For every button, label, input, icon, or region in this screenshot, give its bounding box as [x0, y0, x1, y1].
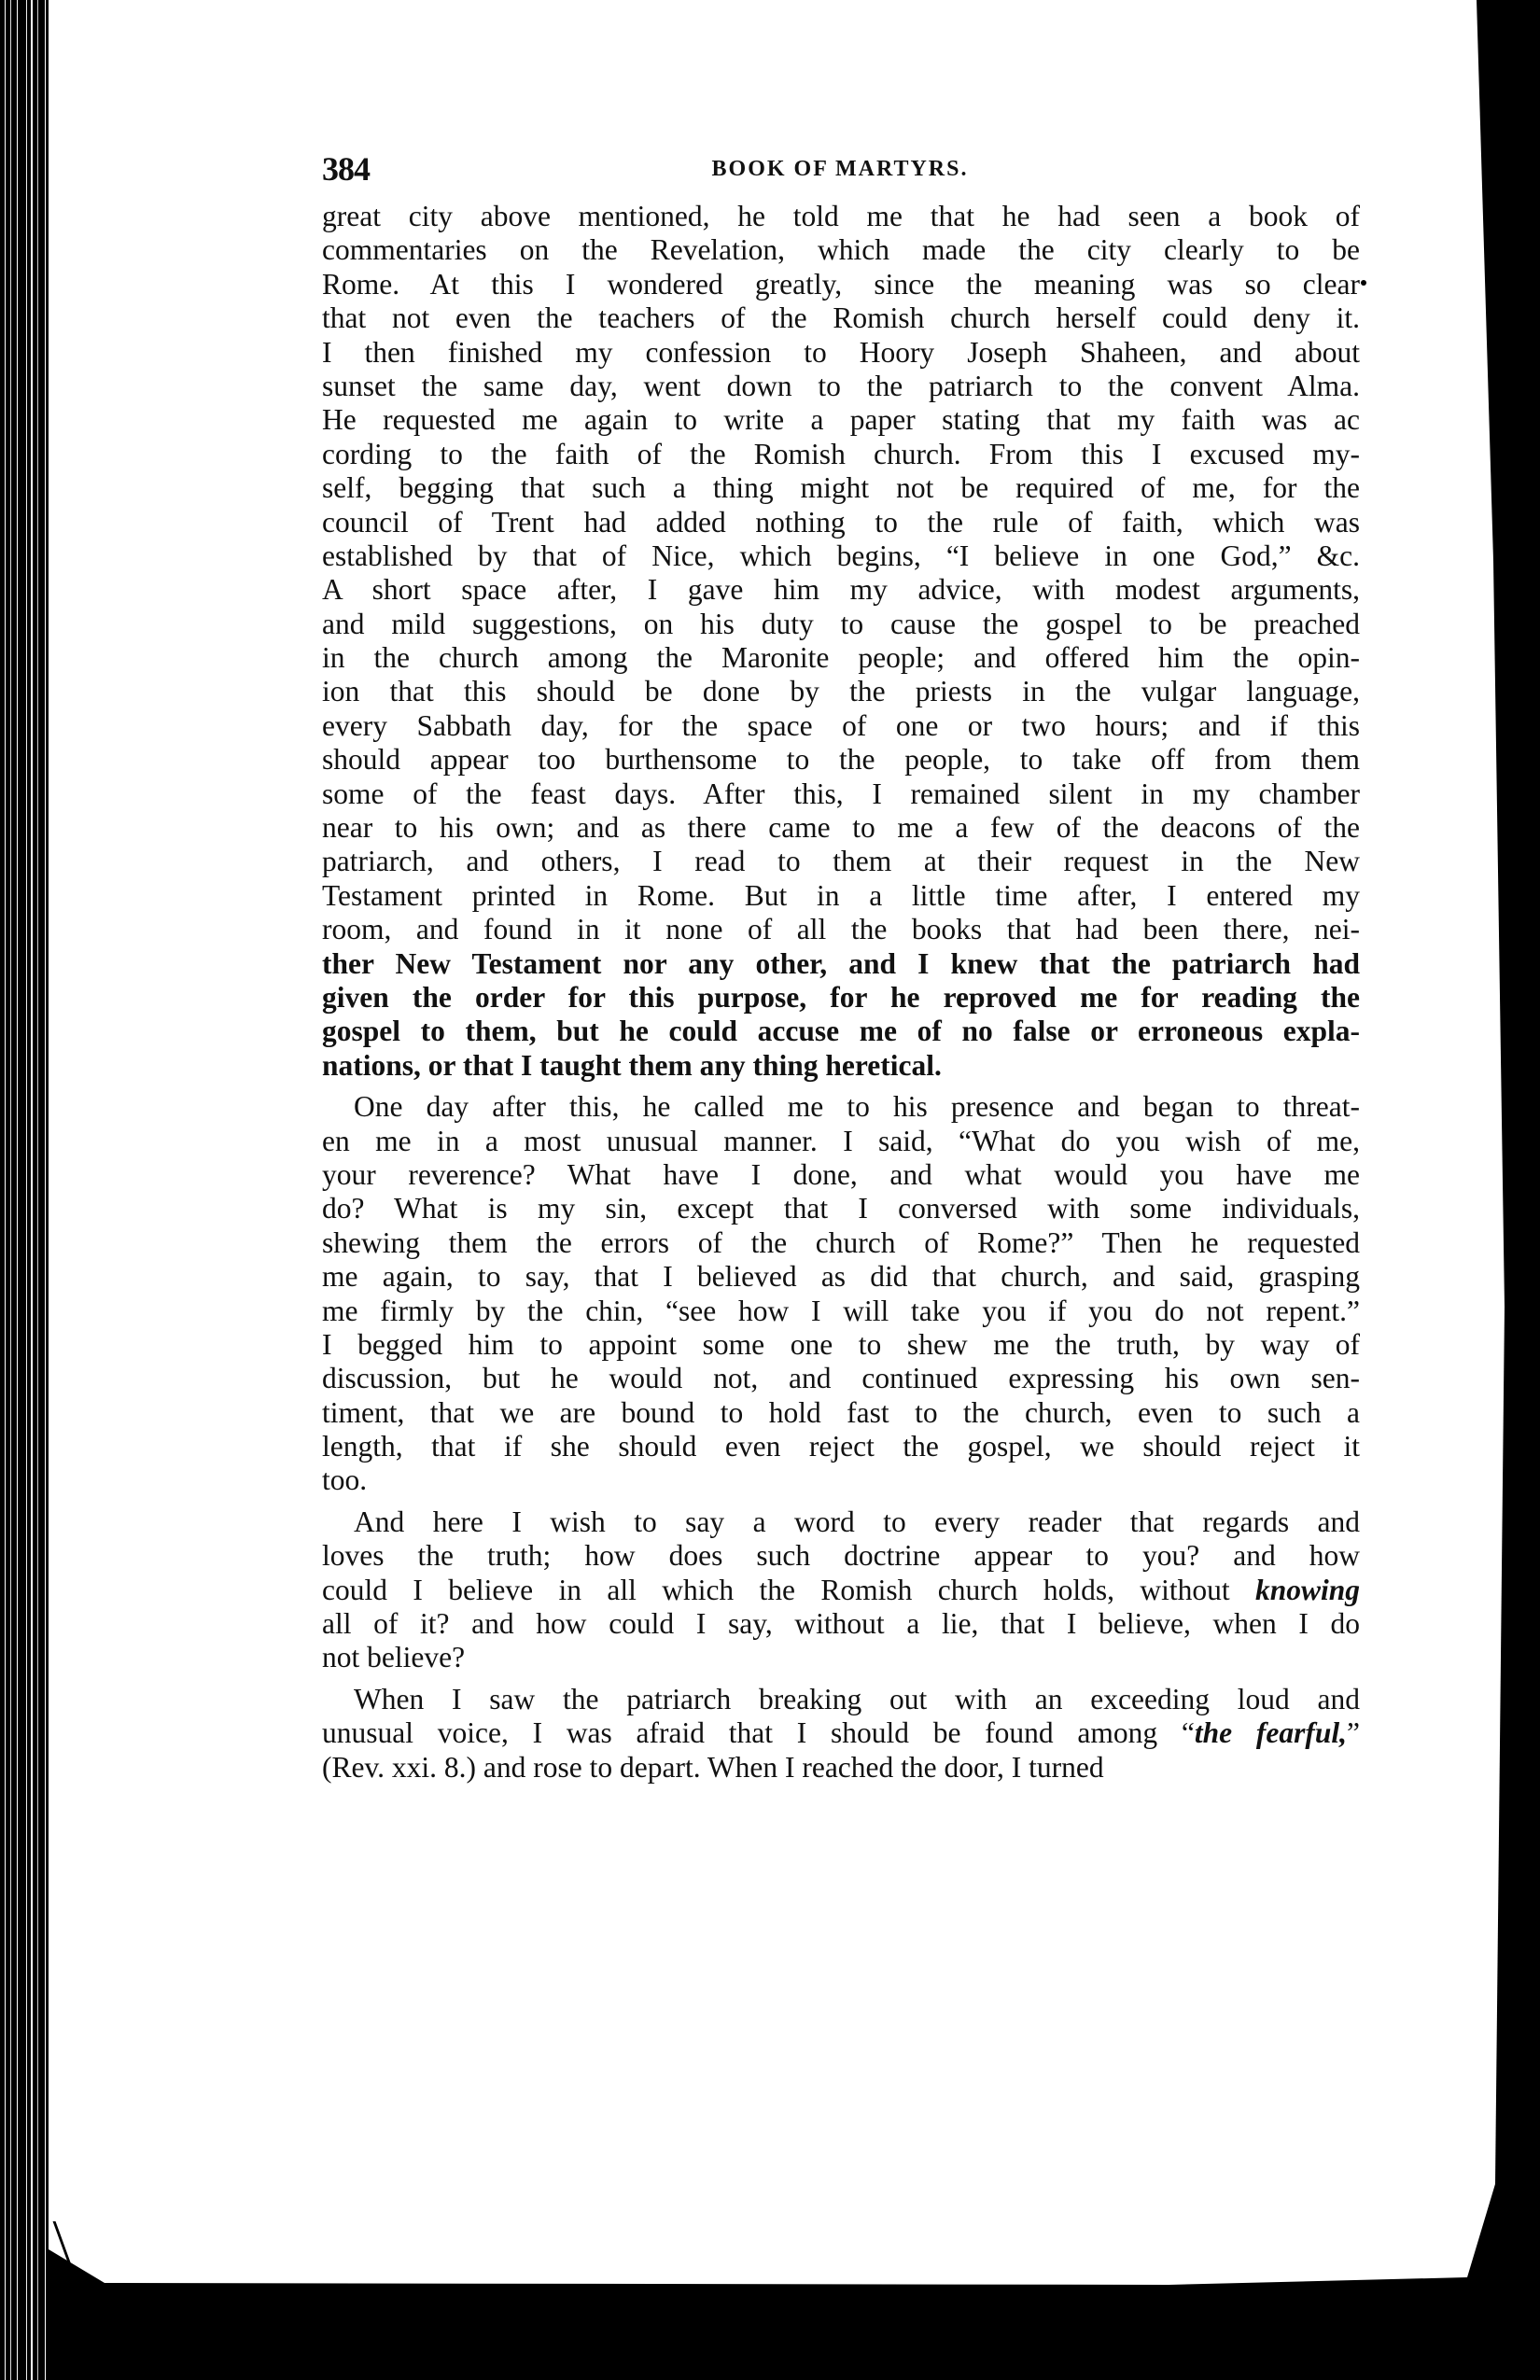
text-line: He requested me again to write a paper s… [322, 403, 1360, 437]
text-line: I then finished my confession to Hoory J… [322, 336, 1360, 370]
text-line: shewing them the errors of the church of… [322, 1226, 1360, 1260]
text-line: great city above mentioned, he told me t… [322, 200, 1360, 233]
paragraph: When I saw the patriarch breaking out wi… [322, 1683, 1360, 1785]
text-line: (Rev. xxi. 8.) and rose to depart. When … [322, 1751, 1360, 1785]
text-line: council of Trent had added nothing to th… [322, 506, 1360, 539]
text-line: sunset the same day, went down to the pa… [322, 370, 1360, 403]
text-line: patriarch, and others, I read to them at… [322, 845, 1360, 878]
text-line: me firmly by the chin, “see how I will t… [322, 1295, 1360, 1328]
text-line: near to his own; and as there came to me… [322, 811, 1360, 845]
text-line: Testament printed in Rome. But in a litt… [322, 879, 1360, 913]
text-line: every Sabbath day, for the space of one … [322, 709, 1360, 743]
text-line: and mild suggestions, on his duty to cau… [322, 608, 1360, 641]
text-line: should appear too burthensome to the peo… [322, 743, 1360, 777]
ink-speck [1361, 280, 1366, 286]
text-line: self, begging that such a thing might no… [322, 471, 1360, 505]
text-line: And here I wish to say a word to every r… [322, 1505, 1360, 1539]
text-line: length, that if she should even reject t… [322, 1430, 1360, 1463]
text-line: established by that of Nice, which begin… [322, 539, 1360, 573]
text-line: that not even the teachers of the Romish… [322, 301, 1360, 335]
text-line: all of it? and how could I say, without … [322, 1607, 1360, 1641]
text-line: too. [322, 1463, 1360, 1497]
text-line: Rome. At this I wondered greatly, since … [322, 268, 1360, 301]
text-line: I begged him to appoint some one to shew… [322, 1328, 1360, 1362]
text-line: ion that this should be done by the prie… [322, 675, 1360, 708]
text-line: room, and found in it none of all the bo… [322, 913, 1360, 946]
text-line: gospel to them, but he could accuse me o… [322, 1015, 1360, 1048]
text-line: loves the truth; how does such doctrine … [322, 1539, 1360, 1573]
text-line: commentaries on the Revelation, which ma… [322, 233, 1360, 267]
text-line: A short space after, I gave him my advic… [322, 573, 1360, 607]
text-line: your reverence? What have I done, and wh… [322, 1158, 1360, 1192]
text-line: in the church among the Maronite people;… [322, 641, 1360, 675]
text-line: en me in a most unusual manner. I said, … [322, 1125, 1360, 1158]
text-line: unusual voice, I was afraid that I shoul… [322, 1716, 1360, 1750]
paragraph-gap [322, 1498, 1360, 1505]
paragraph-gap [322, 1675, 1360, 1683]
page-header: 384 BOOK OF MARTYRS. [322, 149, 1358, 187]
text-line: could I believe in all which the Romish … [322, 1574, 1360, 1607]
text-line: cording to the faith of the Romish churc… [322, 438, 1360, 471]
text-line: discussion, but he would not, and contin… [322, 1362, 1360, 1395]
text-line: me again, to say, that I believed as did… [322, 1260, 1360, 1294]
italic-emphasis: knowing [1255, 1574, 1360, 1606]
text-line: When I saw the patriarch breaking out wi… [322, 1683, 1360, 1716]
book-binding-edge [0, 0, 49, 2380]
text-line: One day after this, he called me to his … [322, 1090, 1360, 1124]
text-line: given the order for this purpose, for he… [322, 981, 1360, 1015]
paragraph: great city above mentioned, he told me t… [322, 200, 1360, 1083]
italic-emphasis: the fearful, [1195, 1716, 1347, 1749]
paragraph: And here I wish to say a word to every r… [322, 1505, 1360, 1675]
text-line: timent, that we are bound to hold fast t… [322, 1396, 1360, 1430]
text-line: ther New Testament nor any other, and I … [322, 947, 1360, 981]
text-line: do? What is my sin, except that I conver… [322, 1192, 1360, 1225]
body-text: great city above mentioned, he told me t… [322, 200, 1360, 1785]
text-line: not believe? [322, 1641, 1360, 1674]
text-line: nations, or that I taught them any thing… [322, 1049, 1360, 1083]
paragraph-gap [322, 1083, 1360, 1090]
paragraph: One day after this, he called me to his … [322, 1090, 1360, 1498]
running-head: BOOK OF MARTYRS. [322, 157, 1358, 182]
text-line: some of the feast days. After this, I re… [322, 777, 1360, 811]
